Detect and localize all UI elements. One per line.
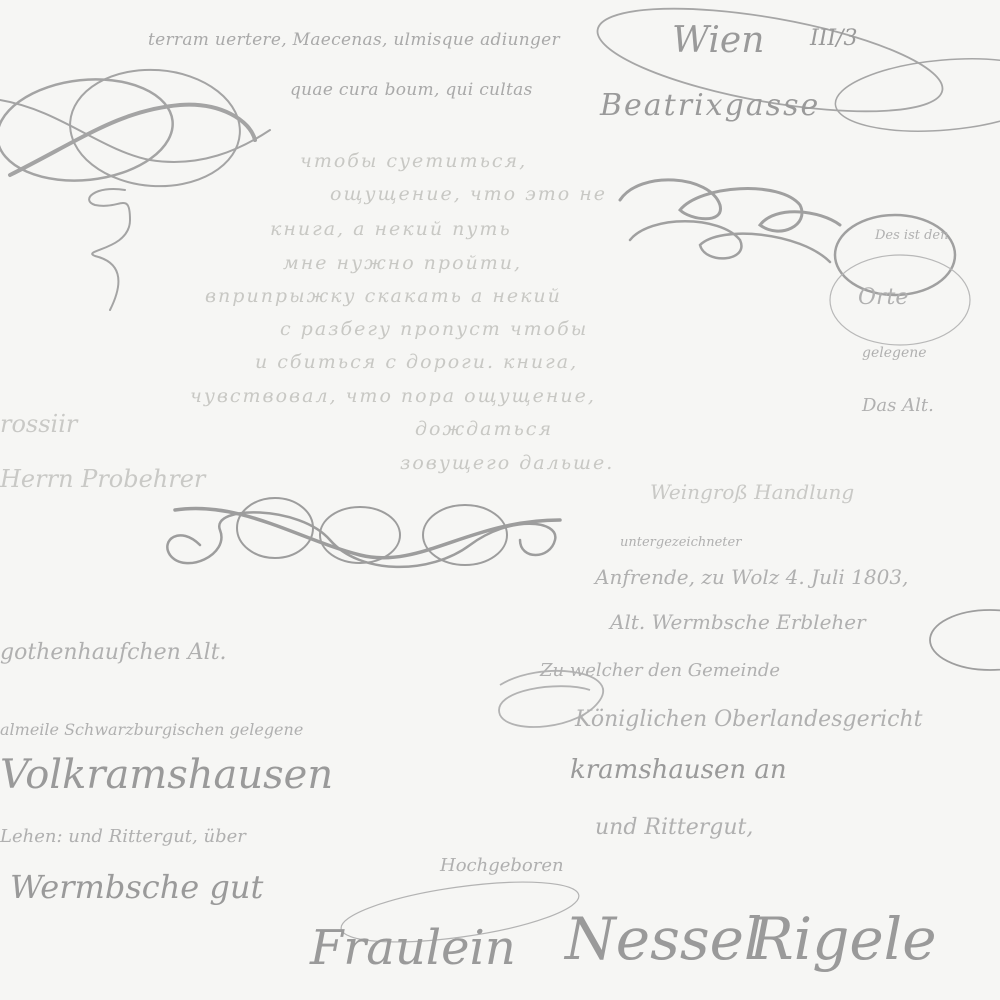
city-heading: Wien — [672, 20, 764, 61]
script-fragment: rossiir — [0, 410, 77, 438]
cyrillic-line: книга, а некий путь — [270, 218, 512, 240]
cyrillic-line: чтобы суетиться, — [300, 150, 527, 172]
script-fragment-large: Volkramshausen — [0, 752, 333, 798]
script-fragment: Herrn Probehrer — [0, 465, 205, 493]
infinity-flourish-icon — [0, 64, 270, 310]
script-fragment: untergezeichneter — [620, 535, 741, 550]
signature-word: Nessel — [565, 905, 762, 973]
latin-verse-line: quae cura boum, qui cultas — [290, 80, 533, 100]
city-numeral: III/3 — [810, 26, 857, 51]
script-fragment: Anfrende, zu Wolz 4. Juli 1803, — [595, 565, 908, 589]
calligraphy-wallpaper: terram uertere, Maecenas, ulmisque adiun… — [0, 0, 1000, 1000]
latin-verse-line: terram uertere, Maecenas, ulmisque adiun… — [148, 30, 560, 50]
script-fragment: Des ist den — [875, 228, 949, 243]
script-fragment: Weingroß Handlung — [650, 480, 854, 504]
cyrillic-line: с разбегу пропуст чтобы — [280, 318, 588, 340]
script-fragment-large: Wermbsche gut — [10, 868, 263, 906]
script-fragment: Orte — [858, 285, 908, 310]
cyrillic-line: зовущего дальше. — [400, 452, 614, 474]
cyrillic-line: мне нужно пройти, — [283, 252, 522, 274]
script-fragment: gothenhaufchen Alt. — [0, 640, 227, 665]
script-fragment: und Rittergut, — [595, 815, 753, 840]
loop-flourish-icon — [338, 671, 603, 954]
cyrillic-line: ощущение, что это не — [330, 183, 607, 205]
signature-word: Rigele — [750, 905, 937, 973]
script-fragment: almeile Schwarzburgischen gelegene — [0, 720, 303, 739]
script-fragment: gelegene — [862, 345, 927, 361]
script-fragment: Hochgeboren — [440, 855, 564, 876]
swirl-flourish-icon — [620, 180, 970, 345]
script-fragment: Zu welcher den Gemeinde — [540, 660, 780, 681]
script-fragment: kramshausen an — [570, 755, 787, 785]
cyrillic-line: чувствовал, что пора ощущение, — [190, 385, 596, 407]
right-oval-flourish-icon — [930, 610, 1000, 670]
script-fragment: Königlichen Oberlandesgericht — [575, 707, 922, 732]
script-fragment: Alt. Wermbsche Erbleher — [610, 610, 866, 634]
cyrillic-line: дождаться — [415, 418, 553, 440]
script-fragment: Das Alt. — [862, 395, 934, 416]
signature-word: Fraulein — [310, 920, 516, 976]
cyrillic-line: вприпрыжку скакать а некий — [205, 285, 562, 307]
script-fragment: Lehen: und Rittergut, über — [0, 826, 246, 847]
scroll-divider-flourish-icon — [167, 498, 560, 567]
street-heading: Beatrixgasse — [600, 88, 820, 123]
cyrillic-line: и сбиться с дороги. книга, — [255, 351, 578, 373]
